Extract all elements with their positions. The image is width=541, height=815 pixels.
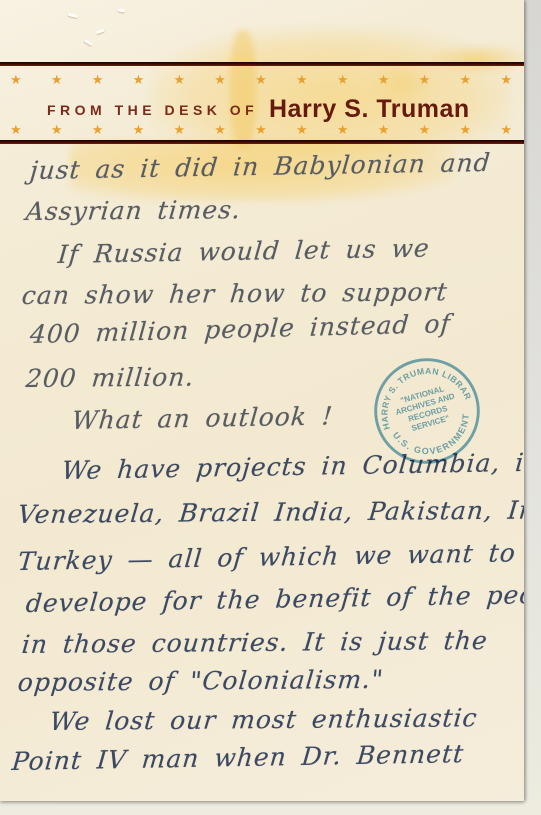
star-icon: ★ <box>500 73 512 86</box>
star-icon: ★ <box>10 123 22 136</box>
star-icon: ★ <box>92 123 104 136</box>
star-row: ★★★★★★★★★★★★★ <box>10 123 512 136</box>
handwriting-line: develope for the benefit of the people <box>25 579 524 618</box>
star-icon: ★ <box>214 123 226 136</box>
star-icon: ★ <box>500 123 512 136</box>
star-icon: ★ <box>133 73 145 86</box>
staple-mark <box>118 9 125 13</box>
star-icon: ★ <box>419 73 431 86</box>
star-icon: ★ <box>337 73 349 86</box>
scanned-letter-page: ★★★★★★★★★★★★★ FROM THE DESK OF Harry S. … <box>0 0 524 801</box>
star-icon: ★ <box>10 73 22 86</box>
staple-mark <box>68 13 78 18</box>
staple-mark <box>84 39 93 46</box>
handwriting-line: Assyrian times. <box>25 195 243 226</box>
star-icon: ★ <box>296 123 308 136</box>
star-icon: ★ <box>419 123 431 136</box>
letterhead-prefix: FROM THE DESK OF <box>47 102 258 118</box>
star-icon: ★ <box>51 73 63 86</box>
star-icon: ★ <box>378 73 390 86</box>
handwriting-line: in those countries. It is just the <box>21 626 490 659</box>
handwriting-line: Point IV man when Dr. Bennett <box>11 739 466 776</box>
star-icon: ★ <box>459 73 471 86</box>
star-icon: ★ <box>296 73 308 86</box>
handwriting-line: can show her how to support <box>21 277 449 310</box>
handwriting-line: What an outlook ! <box>71 401 335 435</box>
handwriting-line: just as it did in Babylonian and <box>29 148 492 185</box>
staple-mark <box>96 29 105 35</box>
paper-stain <box>430 44 524 74</box>
star-icon: ★ <box>214 73 226 86</box>
star-icon: ★ <box>378 123 390 136</box>
star-icon: ★ <box>92 73 104 86</box>
star-icon: ★ <box>173 73 185 86</box>
star-icon: ★ <box>337 123 349 136</box>
letterhead-name: Harry S. Truman <box>269 95 470 124</box>
handwriting-line: 400 million people instead of <box>29 309 452 349</box>
letterhead-bottom-rule <box>0 140 524 144</box>
handwriting-line: opposite of "Colonialism." <box>17 665 385 697</box>
star-icon: ★ <box>51 123 63 136</box>
handwriting-line: 200 million. <box>25 363 196 393</box>
star-icon: ★ <box>133 123 145 136</box>
handwriting-line: Turkey — all of which we want to <box>17 538 517 576</box>
handwriting-line: Venezuela, Brazil India, Pakistan, Iran <box>17 495 524 529</box>
star-row: ★★★★★★★★★★★★★ <box>10 73 512 86</box>
handwriting-line: If Russia would let us we <box>57 233 431 269</box>
star-icon: ★ <box>459 123 471 136</box>
star-icon: ★ <box>255 73 267 86</box>
letterhead-top-rule <box>0 62 524 66</box>
star-icon: ★ <box>255 123 267 136</box>
handwriting-line: We lost our most enthusiastic <box>49 703 479 736</box>
star-icon: ★ <box>173 123 185 136</box>
